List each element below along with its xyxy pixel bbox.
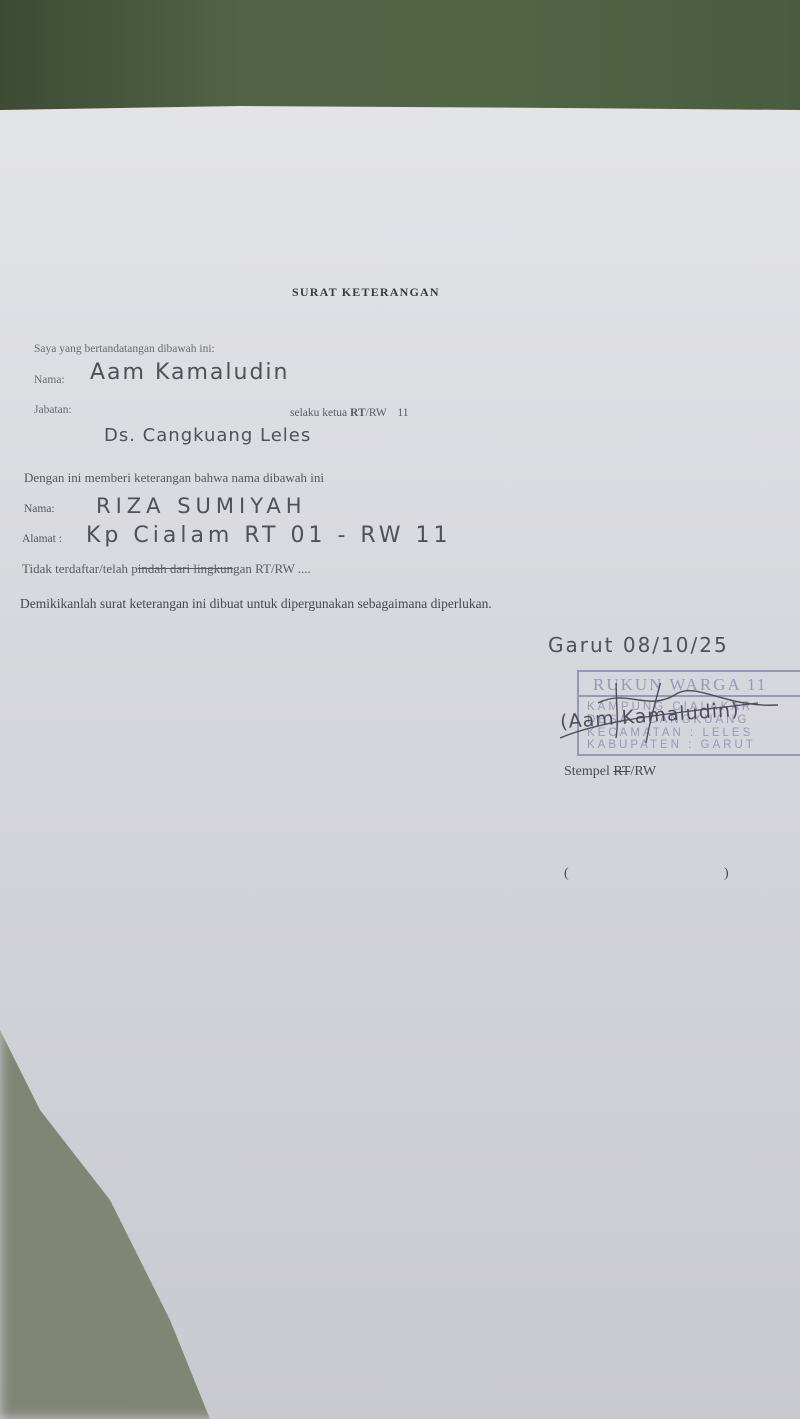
table-surface-background bbox=[0, 0, 800, 112]
rw-number: 11 bbox=[397, 407, 408, 419]
signature-paren-close: ) bbox=[724, 866, 729, 882]
intro-text: Saya yang bertandatangan dibawah ini: bbox=[34, 343, 215, 355]
rt-text: RT bbox=[350, 407, 366, 419]
status-line: Tidak terdaftar/telah pindah dari lingku… bbox=[22, 561, 311, 577]
subject-address-value: Kp Cialam RT 01 - RW 11 bbox=[86, 523, 452, 548]
signer-name-label: Nama: bbox=[34, 374, 65, 386]
subject-name-label: Nama: bbox=[24, 503, 55, 515]
stamp-caption-suffix: /RW bbox=[630, 764, 656, 779]
signer-name-value: Aam Kamaludin bbox=[90, 360, 289, 385]
subject-address-label: Alamat : bbox=[22, 533, 62, 545]
signature-paren-open: ( bbox=[564, 866, 569, 882]
signer-position-label: Jabatan: bbox=[34, 404, 72, 416]
rw-text: /RW bbox=[366, 407, 387, 419]
statement-intro: Dengan ini memberi keterangan bahwa nama… bbox=[24, 470, 324, 486]
position-suffix: selaku ketua bbox=[290, 407, 347, 419]
signer-position-text: selaku ketua RT/RW 11 bbox=[290, 407, 408, 419]
status-prefix: Tidak terdaftar/telah p bbox=[22, 561, 138, 576]
subject-name-value: RIZA SUMIYAH bbox=[96, 494, 307, 518]
document-title: SURAT KETERANGAN bbox=[292, 285, 440, 300]
place-date: Garut 08/10/25 bbox=[548, 633, 729, 657]
closing-text: Demikikanlah surat keterangan ini dibuat… bbox=[20, 596, 492, 612]
signer-village-value: Ds. Cangkuang Leles bbox=[104, 425, 311, 446]
status-struck: indah dari lingkun bbox=[138, 561, 233, 576]
stamp-caption: Stempel RT/RW bbox=[564, 764, 656, 780]
stamp-caption-prefix: Stempel bbox=[564, 764, 613, 779]
stamp-caption-struck: RT bbox=[613, 764, 630, 779]
status-suffix: gan RT/RW .... bbox=[233, 561, 311, 576]
